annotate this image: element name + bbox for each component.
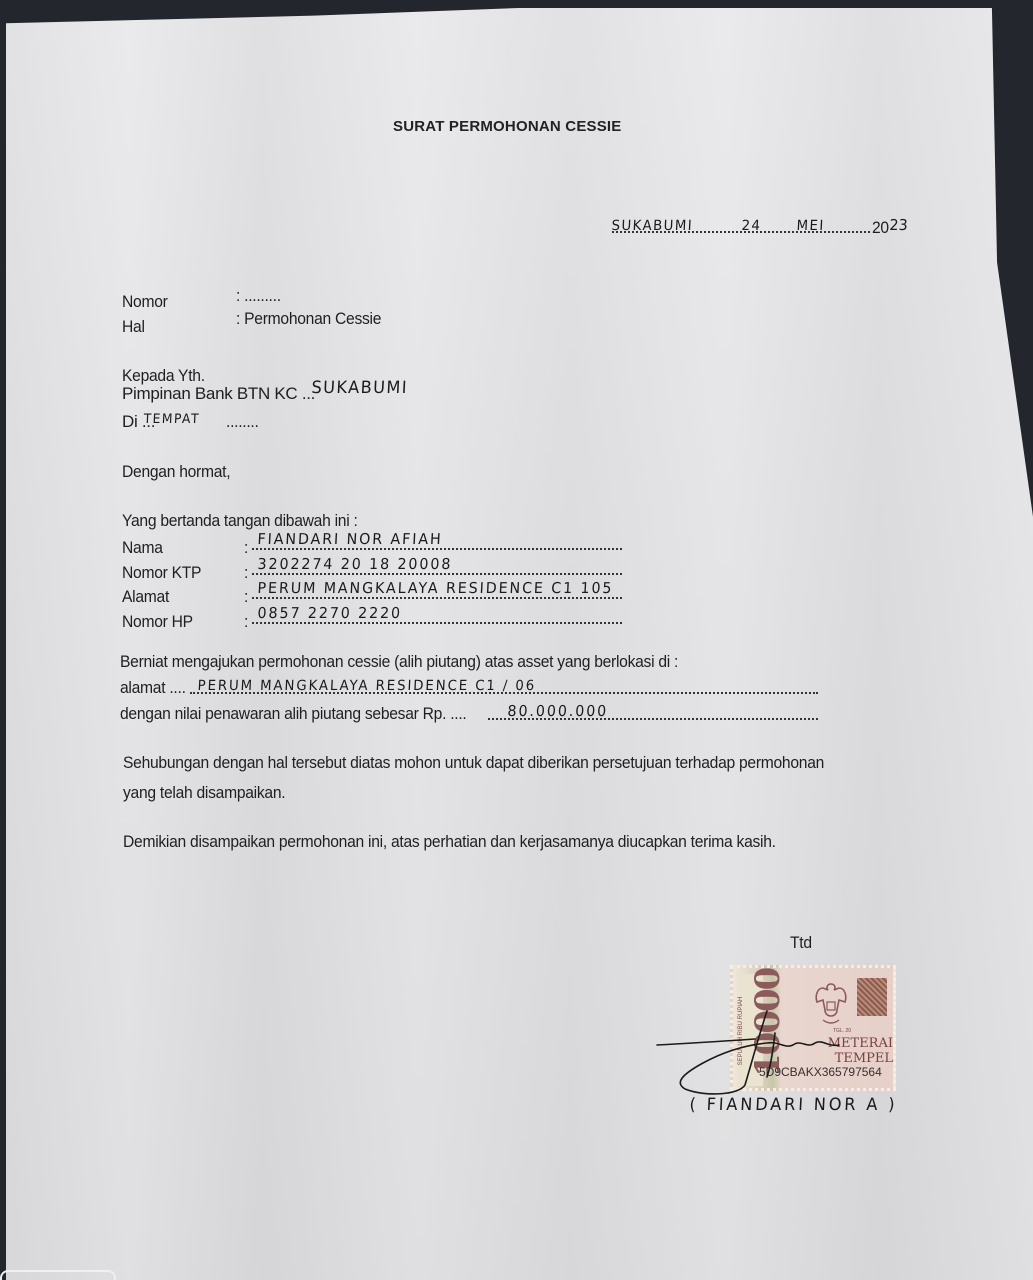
document-title: SURAT PERMOHONAN CESSIE xyxy=(393,118,622,135)
intro-text: Yang bertanda tangan dibawah ini : xyxy=(122,511,358,531)
applicant-label: Nomor HP xyxy=(122,612,193,632)
applicant-dotted-line xyxy=(252,573,622,575)
offer-dots xyxy=(488,718,818,720)
ttd-label: Ttd xyxy=(790,933,812,953)
applicant-dotted-line xyxy=(252,622,622,624)
paragraph-request-cont: yang telah disampaikan. xyxy=(123,783,285,803)
asset-address-row: alamat .... PERUM MANGKALAYA RESIDENCE C… xyxy=(120,678,820,700)
nomor-label: Nomor xyxy=(122,292,168,312)
asset-address-dots xyxy=(190,692,818,694)
hal-value: : Permohonan Cessie xyxy=(236,309,381,329)
salutation: Dengan hormat, xyxy=(122,462,230,482)
recipient-line2: Pimpinan Bank BTN KC ... SUKABUMI xyxy=(122,384,315,404)
applicant-row: Nomor HP:0857 2270 2220 xyxy=(122,610,682,632)
date-dotted-line xyxy=(612,231,870,233)
offer-row: dengan nilai penawaran alih piutang sebe… xyxy=(120,704,820,726)
request-text: Berniat mengajukan permohonan cessie (al… xyxy=(120,652,678,672)
applicant-colon: : xyxy=(244,538,248,558)
signature-scribble xyxy=(655,1005,855,1105)
hal-label: Hal xyxy=(122,317,145,337)
date-year-prefix: 20 xyxy=(872,218,889,238)
recipient-place: TEMPAT xyxy=(143,412,200,427)
recipient-line1: Kepada Yth. xyxy=(122,366,205,386)
applicant-dotted-line xyxy=(252,597,622,599)
stamp-pattern xyxy=(857,978,887,1016)
nomor-value: : ......... xyxy=(236,286,281,306)
applicant-colon: : xyxy=(244,563,248,583)
applicant-dotted-line xyxy=(252,548,622,550)
applicant-value: 3202274 20 18 20008 xyxy=(257,555,453,573)
recipient-line2-prefix: Pimpinan Bank BTN KC ... xyxy=(122,384,315,403)
closing-text: Demikian disampaikan permohonan ini, ata… xyxy=(123,832,776,852)
signer-name: ( FIANDARI NOR A ) xyxy=(689,1095,898,1115)
applicant-colon: : xyxy=(244,587,248,607)
applicant-colon: : xyxy=(244,612,248,632)
applicant-label: Alamat xyxy=(122,587,169,607)
offer-label: dengan nilai penawaran alih piutang sebe… xyxy=(120,704,466,724)
viewer-corner-handle xyxy=(0,1270,116,1280)
recipient-line3: Di ... TEMPAT ........ xyxy=(122,412,155,432)
paragraph-request: Sehubungan dengan hal tersebut diatas mo… xyxy=(123,753,824,773)
applicant-label: Nama xyxy=(122,538,163,558)
recipient-line3-suffix: ........ xyxy=(226,412,259,432)
recipient-branch: SUKABUMI xyxy=(311,378,408,398)
asset-address-label: alamat .... xyxy=(120,678,186,698)
place-date: SUKABUMI 24 MEI 20 23 xyxy=(612,218,912,242)
applicant-label: Nomor KTP xyxy=(122,563,201,583)
applicant-value: FIANDARI NOR AFIAH xyxy=(257,530,443,548)
applicant-value: 0857 2270 2220 xyxy=(257,604,402,622)
date-year-suffix: 23 xyxy=(889,216,908,234)
applicant-value: PERUM MANGKALAYA RESIDENCE C1 105 xyxy=(257,579,614,597)
